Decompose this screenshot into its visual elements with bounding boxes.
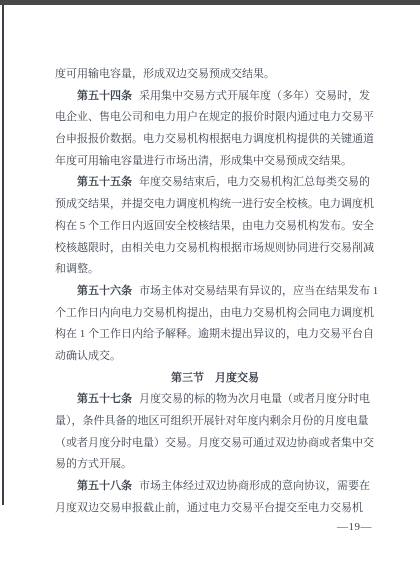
text-line: 量），条件具备的地区可组织开展针对年度内剩余月份的月度电量	[55, 411, 375, 433]
line-text: 和调整。	[55, 263, 99, 275]
text-line: 第五十六条市场主体对交易结果有异议的，应当在结果发布 1	[55, 281, 375, 303]
line-text: 校核越限时，由相关电力交易机构根据市场规则协同进行交易削减	[55, 242, 374, 254]
text-line: 第三节 月度交易	[55, 368, 375, 390]
text-line: 第五十四条采用集中交易方式开展年度（多年）交易时，发	[55, 86, 375, 108]
text-line: 和调整。	[55, 259, 375, 281]
text-line: 构在 5 个工作日内返回安全校核结果，由电力交易机构发布。安全	[55, 216, 375, 238]
text-line: 月度双边交易申报截止前，通过电力交易平台提交至电力交易机	[55, 498, 375, 520]
text-line: 易的方式开展。	[55, 454, 375, 476]
text-line: 第五十七条月度交易的标的物为次月电量（或者月度分时电	[55, 389, 375, 411]
line-text: 年度交易结束后，电力交易机构汇总每类交易的	[139, 176, 370, 188]
text-line: 台申报报价数据。电力交易机构根据电力调度机构提供的关键通道	[55, 129, 375, 151]
line-text: 台申报报价数据。电力交易机构根据电力调度机构提供的关键通道	[55, 133, 374, 145]
document-body: 度可用输电容量，形成双边交易预成交结果。 第五十四条采用集中交易方式开展年度（多…	[55, 64, 375, 519]
text-line: 动确认成交。	[55, 346, 375, 368]
line-text: 电企业、售电公司和电力用户在规定的报价时限内通过电力交易平	[55, 111, 374, 123]
scan-left-edge	[2, 5, 4, 505]
article-number: 第五十五条	[77, 176, 132, 188]
line-text: 月度双边交易申报截止前，通过电力交易平台提交至电力交易机	[55, 502, 363, 514]
text-line: （或者月度分时电量）交易。月度交易可通过双边协商或者集中交	[55, 433, 375, 455]
line-text: 第三节 月度交易	[171, 372, 259, 384]
line-text: 月度交易的标的物为次月电量（或者月度分时电	[139, 393, 370, 405]
line-text: 预成交结果，并提交电力调度机构统一进行安全校核。电力调度机	[55, 198, 374, 210]
line-text: 动确认成交。	[55, 350, 121, 362]
text-line: 度可用输电容量，形成双边交易预成交结果。	[55, 64, 375, 86]
scanned-document-page: 度可用输电容量，形成双边交易预成交结果。 第五十四条采用集中交易方式开展年度（多…	[0, 0, 420, 563]
line-text: 市场主体经过双边协商形成的意向协议，需要在	[139, 480, 370, 492]
line-text: 量），条件具备的地区可组织开展针对年度内剩余月份的月度电量	[55, 415, 369, 427]
article-number: 第五十七条	[77, 393, 132, 405]
text-line: 校核越限时，由相关电力交易机构根据市场规则协同进行交易削减	[55, 238, 375, 260]
text-line: 年度可用输电容量进行市场出清，形成集中交易预成交结果。	[55, 151, 375, 173]
text-line: 个工作日内向电力交易机构提出，由电力交易机构会同电力调度机	[55, 303, 375, 325]
line-text: 易的方式开展。	[55, 458, 132, 470]
text-line: 第五十八条市场主体经过双边协商形成的意向协议，需要在	[55, 476, 375, 498]
line-text: 市场主体对交易结果有异议的，应当在结果发布 1	[139, 285, 378, 297]
article-number: 第五十四条	[77, 90, 132, 102]
line-text: 采用集中交易方式开展年度（多年）交易时，发	[139, 90, 370, 102]
article-number: 第五十八条	[77, 480, 132, 492]
line-text: 年度可用输电容量进行市场出清，形成集中交易预成交结果。	[55, 155, 352, 167]
line-text: 构在 1 个工作日内给予解释。逾期未提出异议的，电力交易平台自	[55, 328, 374, 340]
line-text: （或者月度分时电量）交易。月度交易可通过双边协商或者集中交	[55, 437, 374, 449]
line-text: 度可用输电容量，形成双边交易预成交结果。	[55, 68, 275, 80]
text-line: 预成交结果，并提交电力调度机构统一进行安全校核。电力调度机	[55, 194, 375, 216]
scan-top-edge	[0, 0, 420, 5]
article-number: 第五十六条	[77, 285, 132, 297]
page-number: —19—	[337, 521, 372, 533]
text-line: 构在 1 个工作日内给予解释。逾期未提出异议的，电力交易平台自	[55, 324, 375, 346]
line-text: 个工作日内向电力交易机构提出，由电力交易机构会同电力调度机	[55, 307, 374, 319]
line-text: 构在 5 个工作日内返回安全校核结果，由电力交易机构发布。安全	[55, 220, 374, 232]
text-line: 电企业、售电公司和电力用户在规定的报价时限内通过电力交易平	[55, 107, 375, 129]
text-line: 第五十五条年度交易结束后，电力交易机构汇总每类交易的	[55, 172, 375, 194]
